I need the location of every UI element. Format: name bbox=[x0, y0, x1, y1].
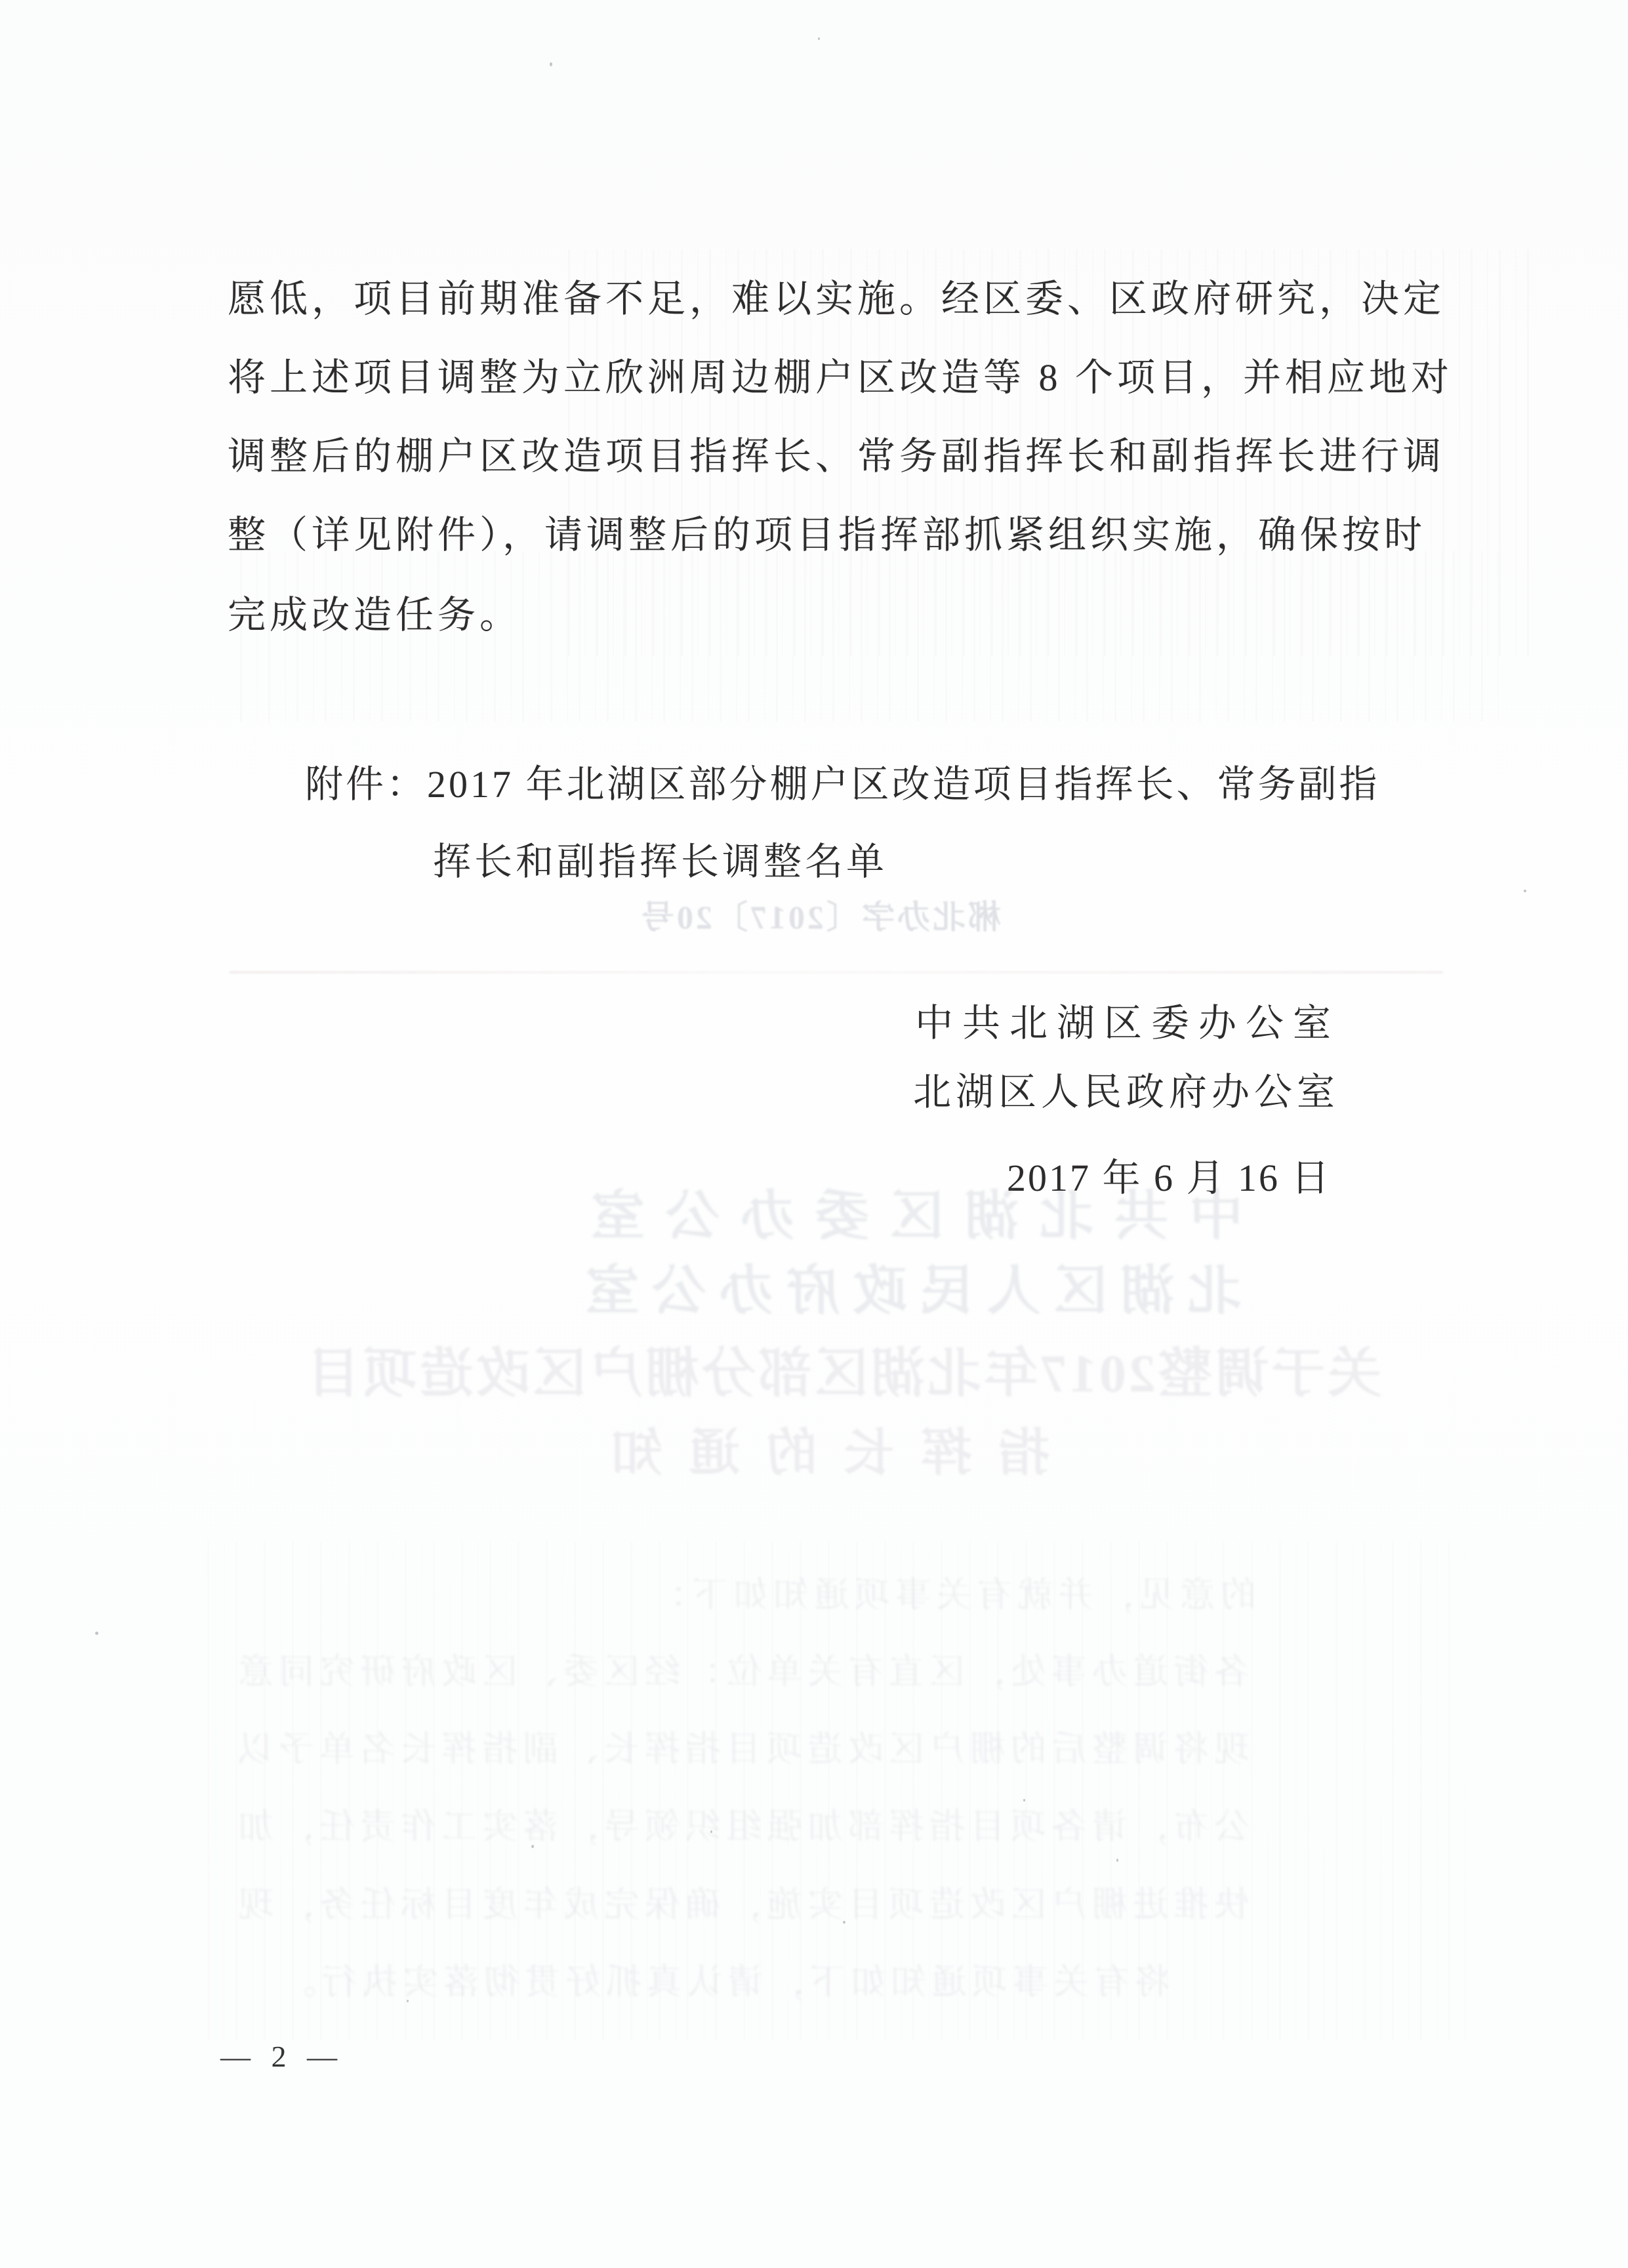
bleedthrough-body-line: 各街道办事处，区直有关单位：经区委、区政府研究同意 bbox=[233, 1643, 1250, 1694]
attachment-reference-line1: 附件：2017 年北湖区部分棚户区改造项目指挥长、常务副指 bbox=[305, 753, 1380, 808]
bleedthrough-office-line2: 北湖区人民政府办公室 bbox=[548, 1248, 1266, 1325]
bleedthrough-body-line: 公布，请各项目指挥部加强组织领导，落实工作责任，加 bbox=[233, 1798, 1250, 1849]
bleedthrough-body-line: 的意见，并就有关事项通知如下： bbox=[646, 1567, 1256, 1617]
paragraph-line: 调整后的棚户区改造项目指挥长、常务副指挥长和副指挥长进行调 bbox=[228, 433, 1474, 480]
scan-speck bbox=[710, 1830, 712, 1833]
scan-speck bbox=[1023, 1799, 1025, 1802]
paragraph-line: 愿低，项目前期准备不足，难以实施。经区委、区政府研究，决定 bbox=[228, 276, 1474, 323]
page-number: — 2 — bbox=[220, 2039, 344, 2074]
bleedthrough-body-line: 现将调整后的棚户区改造项目指挥长、副指挥长名单予以 bbox=[233, 1721, 1250, 1771]
issue-date: 2017 年 6 月 16 日 bbox=[1007, 1147, 1332, 1202]
scan-speck bbox=[1524, 890, 1526, 892]
issuing-office-government: 北湖区人民政府办公室 bbox=[913, 1061, 1339, 1116]
scan-speck bbox=[1116, 1859, 1118, 1862]
paragraph-line: 整（详见附件），请调整后的项目指挥部抓紧组织实施，确保按时 bbox=[228, 512, 1474, 559]
bleedthrough-title-line1: 关于调整2017年北湖区部分棚户区改造项目 bbox=[262, 1330, 1423, 1407]
scan-speck bbox=[550, 62, 552, 66]
paragraph-line: 将上述项目调整为立欣洲周边棚户区改造等 8 个项目，并相应地对 bbox=[228, 354, 1474, 402]
scan-speck bbox=[843, 1921, 845, 1924]
bleedthrough-body-line: 将有关事项通知如下，请认真抓好贯彻落实执行。 bbox=[275, 1954, 1170, 2004]
scan-speck bbox=[531, 1845, 534, 1848]
scan-streak-band bbox=[197, 1542, 1476, 2040]
paragraph-line: 完成改造任务。 bbox=[228, 592, 1474, 639]
attachment-reference-line2: 挥长和副指挥长调整名单 bbox=[433, 831, 887, 886]
bleedthrough-doc-number: 郴北办字〔2017〕20号 bbox=[623, 891, 1017, 938]
bleedthrough-title-line2: 指挥长的通知 bbox=[590, 1412, 1049, 1485]
bleedthrough-red-rule bbox=[230, 971, 1443, 974]
scan-speck bbox=[407, 2000, 409, 2002]
issuing-office-party: 中共北湖区委办公室 bbox=[915, 992, 1340, 1047]
scan-speck bbox=[818, 37, 820, 40]
scan-speck bbox=[95, 1632, 98, 1635]
document-page: 愿低，项目前期准备不足，难以实施。经区委、区政府研究，决定 将上述项目调整为立欣… bbox=[0, 0, 1628, 2268]
bleedthrough-body-line: 快推进棚户区改造项目实施，确保完成年度目标任务，现 bbox=[233, 1876, 1250, 1927]
